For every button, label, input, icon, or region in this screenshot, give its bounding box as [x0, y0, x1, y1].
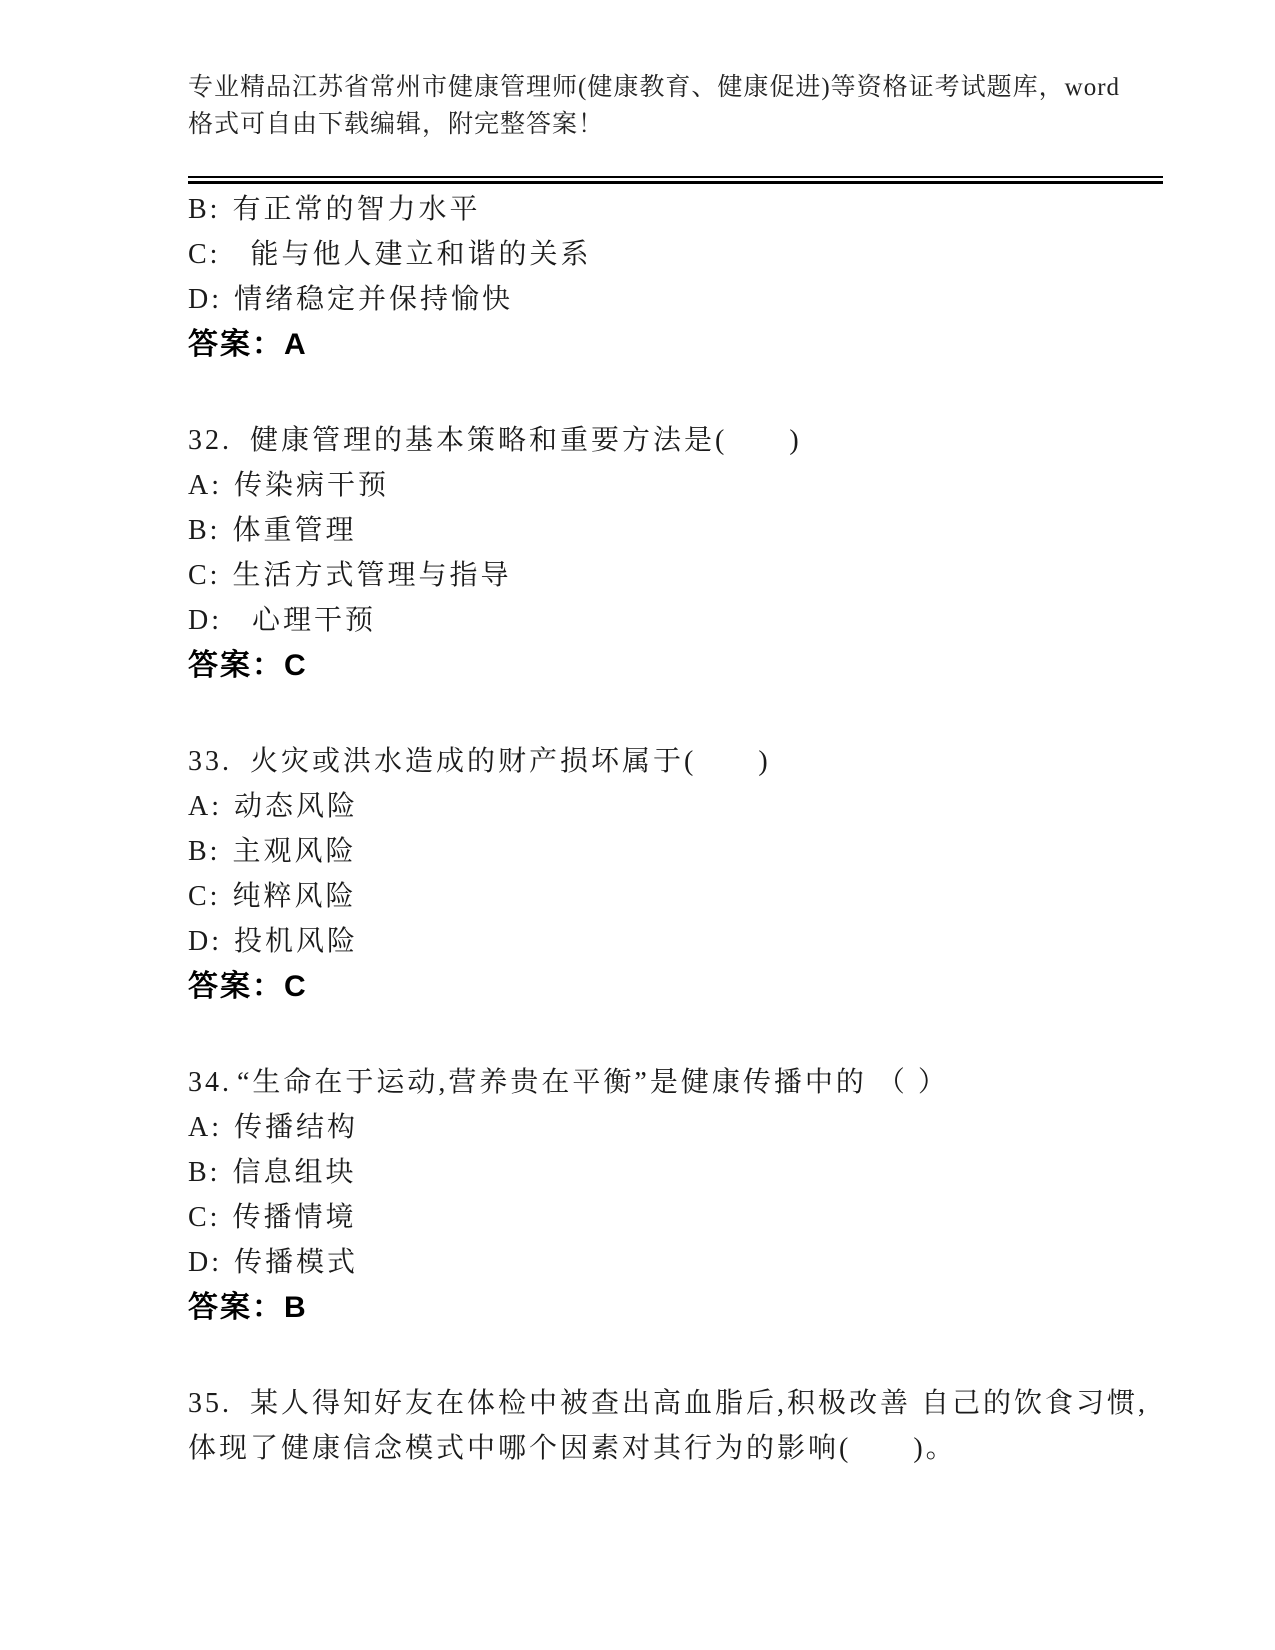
option-text: 主观风险 [232, 836, 356, 867]
question-stem: 33.火灾或洪水造成的财产损坏属于( ) [188, 739, 1163, 784]
option-label: B: [188, 194, 220, 225]
question-stem-text: 健康管理的基本策略和重要方法是( ) [250, 425, 802, 456]
option-text: 能与他人建立和谐的关系 [250, 239, 591, 270]
option-text: 纯粹风险 [232, 881, 356, 912]
option-text: 情绪稳定并保持愉快 [234, 284, 513, 315]
question-block-31-tail: B:有正常的智力水平 C:能与他人建立和谐的关系 D:情绪稳定并保持愉快 答案：… [188, 187, 1163, 367]
answer-line: 答案：B [188, 1285, 1163, 1330]
answer-label: 答案： [188, 1291, 284, 1324]
document-page: 专业精品江苏省常州市健康管理师(健康教育、健康促进)等资格证考试题库，word … [0, 0, 1275, 1650]
answer-value: C [284, 649, 308, 682]
option-line-a: A:传播结构 [188, 1105, 1163, 1150]
question-stem-text: 火灾或洪水造成的财产损坏属于( ) [250, 746, 771, 777]
question-block-34: 34.“生命在于运动,营养贵在平衡”是健康传播中的 （ ） A:传播结构 B:信… [188, 1060, 1163, 1330]
option-line-d: D:情绪稳定并保持愉快 [188, 277, 1163, 322]
option-text: 心理干预 [252, 605, 376, 636]
option-label: D: [188, 1247, 222, 1278]
option-line-b: B:有正常的智力水平 [188, 187, 1163, 232]
option-text: 有正常的智力水平 [232, 194, 480, 225]
option-label: A: [188, 470, 222, 501]
option-line-d: D:传播模式 [188, 1240, 1163, 1285]
question-block-35: 35.某人得知好友在体检中被查出高血脂后,积极改善 自己的饮食习惯,体现了健康信… [188, 1381, 1163, 1471]
answer-label: 答案： [188, 970, 284, 1003]
option-line-c: C:生活方式管理与指导 [188, 553, 1163, 598]
option-line-b: B:体重管理 [188, 508, 1163, 553]
option-label: D: [188, 926, 222, 957]
option-label: B: [188, 1157, 220, 1188]
option-text: 传播情境 [232, 1202, 356, 1233]
question-stem: 35.某人得知好友在体检中被查出高血脂后,积极改善 自己的饮食习惯,体现了健康信… [188, 1381, 1163, 1471]
answer-line: 答案：C [188, 964, 1163, 1009]
answer-line: 答案：A [188, 322, 1163, 367]
option-label: A: [188, 791, 222, 822]
question-number: 34. [188, 1067, 232, 1098]
option-label: C: [188, 560, 220, 591]
question-stem: 34.“生命在于运动,营养贵在平衡”是健康传播中的 （ ） [188, 1060, 1163, 1105]
question-block-32: 32.健康管理的基本策略和重要方法是( ) A:传染病干预 B:体重管理 C:生… [188, 418, 1163, 688]
answer-line: 答案：C [188, 643, 1163, 688]
option-text: 动态风险 [234, 791, 358, 822]
question-number: 33. [188, 746, 232, 777]
answer-value: A [284, 328, 308, 361]
option-text: 体重管理 [232, 515, 356, 546]
option-label: B: [188, 515, 220, 546]
option-label: C: [188, 1202, 220, 1233]
option-line-c: C:纯粹风险 [188, 874, 1163, 919]
question-stem-text: “生命在于运动,营养贵在平衡”是健康传播中的 （ ） [237, 1067, 949, 1098]
option-text: 信息组块 [232, 1157, 356, 1188]
option-line-d: D:投机风险 [188, 919, 1163, 964]
question-stem: 32.健康管理的基本策略和重要方法是( ) [188, 418, 1163, 463]
answer-label: 答案： [188, 328, 284, 361]
option-label: A: [188, 1112, 222, 1143]
question-stem-text: 某人得知好友在体检中被查出高血脂后,积极改善 自己的饮食习惯,体现了健康信念模式… [188, 1388, 1148, 1464]
option-line-a: A:传染病干预 [188, 463, 1163, 508]
document-content: 专业精品江苏省常州市健康管理师(健康教育、健康促进)等资格证考试题库，word … [188, 69, 1163, 1471]
option-label: B: [188, 836, 220, 867]
header-divider [188, 176, 1163, 184]
option-text: 生活方式管理与指导 [232, 560, 511, 591]
answer-value: C [284, 970, 308, 1003]
answer-label: 答案： [188, 649, 284, 682]
option-text: 传播结构 [234, 1112, 358, 1143]
option-text: 传播模式 [234, 1247, 358, 1278]
option-label: D: [188, 284, 222, 315]
question-list: B:有正常的智力水平 C:能与他人建立和谐的关系 D:情绪稳定并保持愉快 答案：… [188, 187, 1163, 1471]
question-block-33: 33.火灾或洪水造成的财产损坏属于( ) A:动态风险 B:主观风险 C:纯粹风… [188, 739, 1163, 1009]
answer-value: B [284, 1291, 308, 1324]
option-label: D: [188, 605, 222, 636]
option-label: C: [188, 239, 220, 270]
option-line-c: C:能与他人建立和谐的关系 [188, 232, 1163, 277]
header-text-line-1: 专业精品江苏省常州市健康管理师(健康教育、健康促进)等资格证考试题库，word [188, 69, 1163, 106]
header-text-line-2: 格式可自由下载编辑，附完整答案！ [188, 106, 1163, 143]
option-line-d: D:心理干预 [188, 598, 1163, 643]
option-label: C: [188, 881, 220, 912]
option-text: 传染病干预 [234, 470, 389, 501]
option-line-b: B:信息组块 [188, 1150, 1163, 1195]
option-line-c: C:传播情境 [188, 1195, 1163, 1240]
option-text: 投机风险 [234, 926, 358, 957]
question-number: 35. [188, 1388, 232, 1419]
question-number: 32. [188, 425, 232, 456]
option-line-b: B:主观风险 [188, 829, 1163, 874]
option-line-a: A:动态风险 [188, 784, 1163, 829]
page-header: 专业精品江苏省常州市健康管理师(健康教育、健康促进)等资格证考试题库，word … [188, 69, 1163, 143]
